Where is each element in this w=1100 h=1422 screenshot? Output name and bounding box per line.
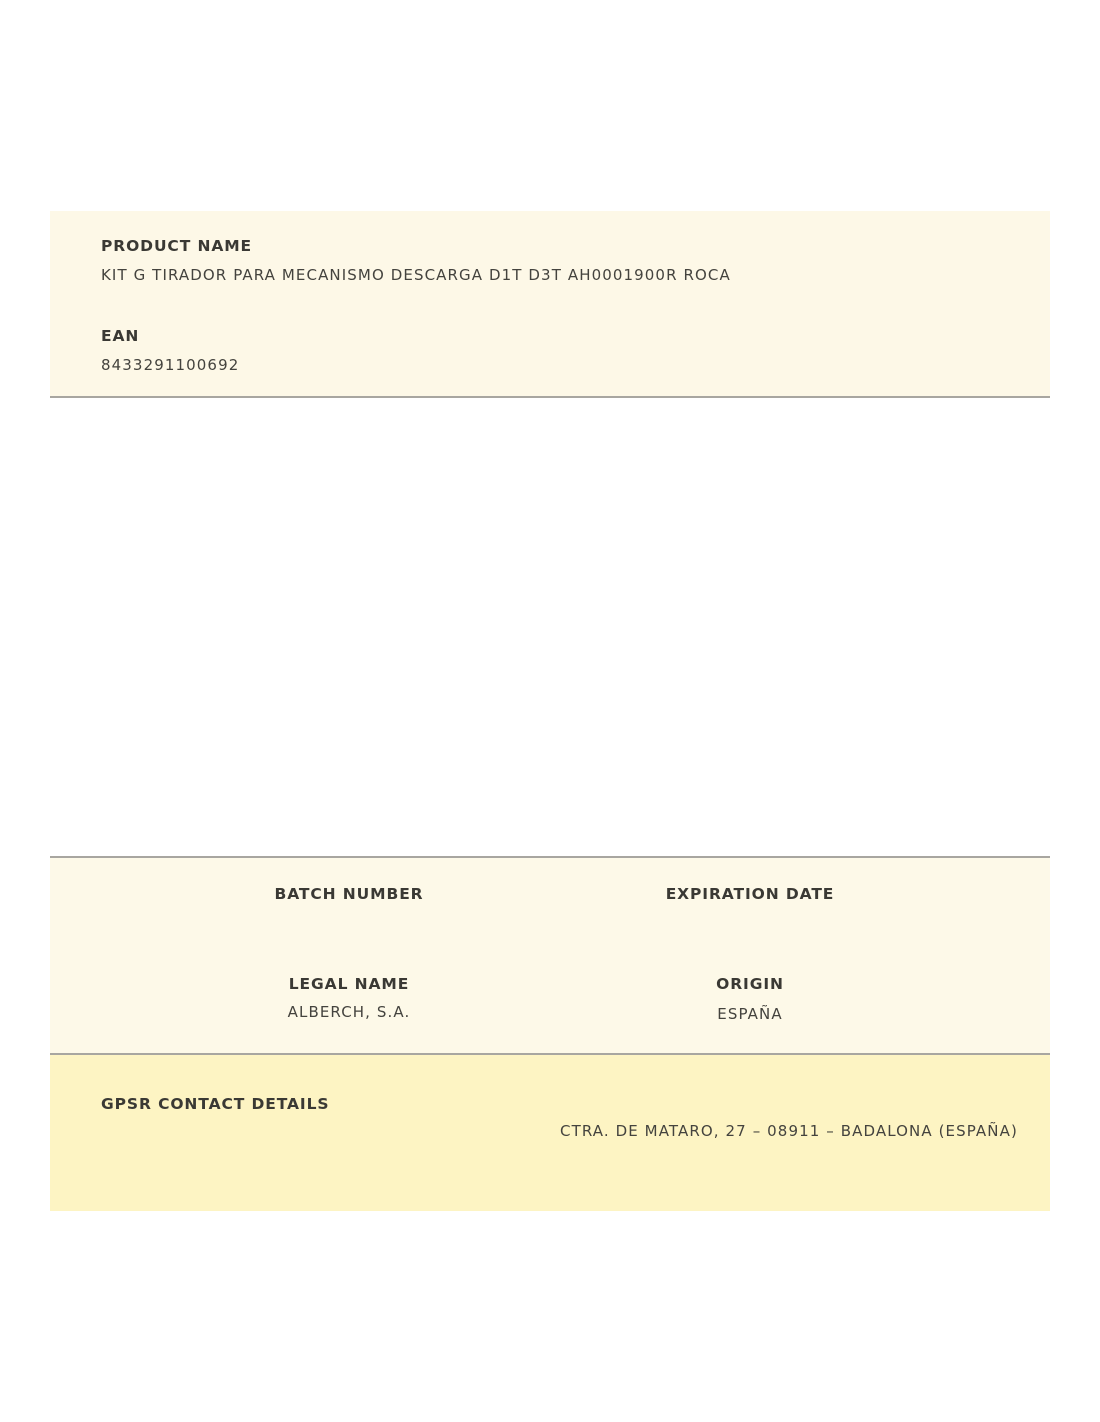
gpsr-contact-address: CTRA. DE MATARO, 27 – 08911 – BADALONA (… xyxy=(560,1122,1018,1140)
ean-value: 8433291100692 xyxy=(101,356,239,374)
legal-name-value: ALBERCH, S.A. xyxy=(288,1003,411,1021)
expiration-date-label: EXPIRATION DATE xyxy=(666,885,835,903)
gpsr-contact-panel: GPSR CONTACT DETAILS CTRA. DE MATARO, 27… xyxy=(50,1055,1050,1211)
legal-name-label: LEGAL NAME xyxy=(289,975,409,993)
product-info-panel: PRODUCT NAME KIT G TIRADOR PARA MECANISM… xyxy=(50,211,1050,398)
product-details-panel: BATCH NUMBER EXPIRATION DATE LEGAL NAME … xyxy=(50,856,1050,1055)
product-name-value: KIT G TIRADOR PARA MECANISMO DESCARGA D1… xyxy=(101,266,731,284)
batch-number-label: BATCH NUMBER xyxy=(274,885,423,903)
gpsr-contact-label: GPSR CONTACT DETAILS xyxy=(101,1095,329,1113)
ean-label: EAN xyxy=(101,327,139,345)
origin-value: ESPAÑA xyxy=(717,1005,782,1023)
origin-label: ORIGIN xyxy=(716,975,784,993)
product-name-label: PRODUCT NAME xyxy=(101,237,252,255)
